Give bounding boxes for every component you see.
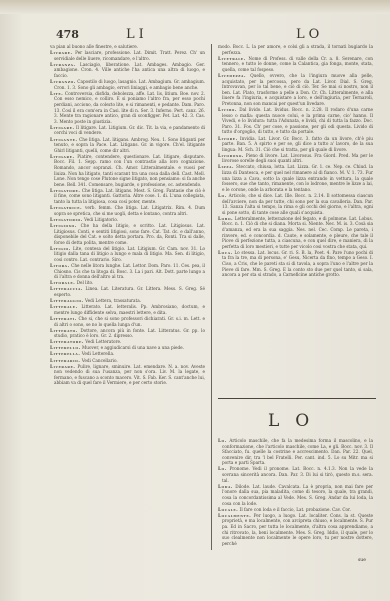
- dictionary-entry: Livore. Invidia. Lat. Livor. Gr. Bocc. 3…: [218, 136, 373, 153]
- entry-definition: Dilode. Lat. laude. Cavalcata. La è prop…: [222, 484, 373, 506]
- entry-definition: Pieno di livore. Lat. Livorosus. Fra Gio…: [222, 153, 373, 164]
- entry-headword: Litigioso.: [50, 223, 77, 228]
- entry-definition: modo. Bocc. L. la per amore, e colsi gli…: [218, 44, 373, 55]
- dictionary-entry: Litigatrice. verb. femm. Che litiga. Lat…: [50, 205, 205, 216]
- dictionary-entry: Livoroso. Pieno di livore. Lat. Livorosu…: [218, 153, 373, 164]
- entry-headword: Litterello.: [50, 345, 81, 350]
- entry-headword: Livoroso.: [218, 153, 244, 158]
- dictionary-entry: Livedezza. Quello, ovvero, che la l'ingi…: [218, 73, 373, 107]
- entry-headword: Livranza.: [50, 62, 76, 67]
- entry-headword: Lite.: [50, 91, 63, 96]
- entry-definition: Muover, e aggiudicarsi di una nave a una…: [82, 345, 184, 350]
- entry-definition: Quello, ovvero, che la l'ingiura muove a…: [222, 73, 373, 106]
- entry-definition: Lo stessa. Lat. locus. Gr. ri. S. B. la,…: [222, 250, 373, 277]
- catchword: sue: [358, 558, 366, 563]
- entry-headword: Litteratore.: [50, 339, 84, 344]
- entry-headword: Litigio.: [50, 246, 71, 251]
- entry-definition: Controversia, disfida, debolezza, affe. …: [54, 91, 205, 124]
- page-number: 478: [56, 28, 79, 41]
- entry-headword: Liverare.: [50, 364, 75, 369]
- entry-definition: Del lito.: [77, 280, 94, 285]
- dictionary-entry: Litigatore. Che litiga. Lat. litigans. M…: [50, 188, 205, 205]
- entry-definition: Il fare con loda e il faccio, Lat. proba…: [240, 507, 351, 512]
- entry-definition: Che ha della litigio, e scritto. Lat. Li…: [54, 223, 205, 245]
- entry-headword: Litigatore.: [50, 188, 80, 193]
- entry-headword: Litterale.: [50, 304, 78, 309]
- dictionary-entry: Litterati. Che si, che si sono professor…: [50, 316, 205, 327]
- dictionary-entry: Lo. Articolo, che si dice. Lat. Ille. Bo…: [218, 193, 373, 215]
- entry-headword: Locale.: [218, 507, 238, 512]
- dictionary-entry: Lo. Pronome. Vedi il pronome. Lat. Bocc.…: [218, 466, 373, 483]
- entry-definition: Che nelle litora lunghe. Lat. Lettor. Do…: [54, 263, 205, 279]
- section-title: LO: [268, 411, 325, 431]
- section-rule: [218, 398, 376, 399]
- dictionary-entry: Litigare. Il litigare. Lat. Litigium. Gr…: [50, 125, 205, 136]
- entry-headword: Litorale.: [50, 280, 75, 285]
- dictionary-entry: Litteraccia. Linea. Lat. Literatura. Gr.…: [50, 286, 205, 297]
- entry-definition: Capostilo di luogo, lasagnio. Lat. Ambag…: [54, 79, 205, 90]
- entry-definition: Steccato, chiusa, lotta. Lat. Lizza. Gr.…: [222, 164, 373, 191]
- entry-definition: Letteralmente, letterazione del fegato, …: [222, 216, 373, 249]
- left-column: va pian al buono alle finestre, e saluti…: [50, 44, 205, 387]
- entry-definition: Vedi Litigatorio.: [84, 217, 118, 222]
- entry-definition: Articolo, che si dice. Lat. Ille. Bocc. …: [222, 193, 373, 215]
- dictionary-entry: Loda. Dilode. Lat. laude. Cavalcata. La …: [218, 484, 373, 506]
- dictionary-entry: Litigante. Che litiga. Lat. litigans. Am…: [50, 137, 205, 154]
- right-column: modo. Bocc. L. la per amore, e colsi gli…: [218, 44, 373, 394]
- dictionary-entry: Livrare. Per lasciare, professione. Lat.…: [50, 50, 205, 61]
- entry-headword: Lo.: [218, 466, 227, 471]
- entry-headword: Litigatorio.: [50, 217, 83, 222]
- dictionary-entry: Loca. Lo stessa. Lat. locus. Gr. ri. S. …: [218, 250, 373, 278]
- entry-headword: Localmente.: [218, 513, 251, 518]
- entry-headword: Litterella.: [50, 351, 80, 356]
- dictionary-entry: modo. Bocc. L. la per amore, e colsi gli…: [218, 44, 373, 55]
- dictionary-page: 478 LI LO va pian al buono alle finestre…: [0, 0, 390, 601]
- entry-headword: Livore.: [218, 136, 238, 141]
- entry-headword: Livedezza.: [218, 73, 246, 78]
- page-top-stain: [0, 0, 390, 14]
- dictionary-entry: Locale. Il fare con loda e il faccio, La…: [218, 507, 373, 513]
- dictionary-entry: Litora. Che nelle litora lunghe. Lat. Le…: [50, 263, 205, 280]
- entry-headword: Litterati.: [50, 316, 77, 321]
- entry-definition: Per lasciare, professione. Lat. Dimit. T…: [54, 50, 205, 61]
- running-head-right: LO: [296, 27, 323, 42]
- dictionary-entry: Lobo. Letteralmente, letterazione del fe…: [218, 216, 373, 250]
- entry-headword: Lo.: [218, 438, 227, 443]
- entry-definition: Che si, che si sono professori dichiarat…: [54, 316, 205, 327]
- entry-definition: Dal livido. Lat. lividus. Bocc. n. 2.28.…: [222, 107, 373, 134]
- entry-definition: Vedi Cancellario.: [82, 358, 118, 363]
- dictionary-entry: Livranza. Lasciagio, liberatione. Lat. A…: [50, 62, 205, 79]
- dictionary-entry: Litigare. Piatire, contendere, questiona…: [50, 154, 205, 188]
- dictionary-entry: Litigio. Lite, contesa del litigio. Lat.…: [50, 246, 205, 263]
- entry-definition: Pronome. Vedi il pronome. Lat. Bocc. n. …: [222, 466, 373, 482]
- entry-definition: Pulire, lignare, sminuire. Lat. emendare…: [54, 364, 205, 386]
- dictionary-entry: Litteratore. Vedi Letteratore.: [50, 339, 205, 345]
- entry-definition: Lite, contesa del litigio. Lat. Litigium…: [54, 246, 205, 262]
- dictionary-entry: Liverare. Pulire, lignare, sminuire. Lat…: [50, 364, 205, 386]
- dictionary-entry: Litigatorio. Vedi Litigatorio.: [50, 217, 205, 223]
- entry-headword: Litora.: [50, 263, 70, 268]
- dictionary-entry: Litorale. Del lito.: [50, 280, 205, 286]
- entry-headword: Livranzo.: [50, 79, 76, 84]
- entry-headword: Livido.: [218, 107, 237, 112]
- dictionary-entry: Livetrale. Nome di Profess. di valle del…: [218, 56, 373, 73]
- entry-headword: Lizza.: [218, 164, 234, 169]
- dictionary-entry: Livranzo. Capostilo di luogo, lasagnio. …: [50, 79, 205, 90]
- dictionary-entry: Litterale. Litterato. Lat. letteralis. P…: [50, 304, 205, 315]
- dictionary-entry: Litigioso. Che ha della litigio, e scrit…: [50, 223, 205, 245]
- entry-headword: Litterato.: [50, 328, 78, 333]
- entry-definition: Vedi Letteratore.: [85, 339, 121, 344]
- dictionary-entry: Localmente. Per luogo, a luogo. Lat. loc…: [218, 513, 373, 547]
- entry-headword: Litterario.: [50, 358, 80, 363]
- entry-definition: va pian al buono alle finestre, e saluti…: [50, 44, 138, 49]
- entry-headword: Loda.: [218, 484, 233, 489]
- entry-definition: Invidia. Lat. Livor. Gr. Bocc. 3. fatto …: [222, 136, 373, 152]
- entry-headword: Lo.: [218, 193, 227, 198]
- entry-definition: Per luogo, a luogo. Lat. localiter. Cons…: [222, 513, 373, 546]
- entry-definition: Vedi Letterella.: [82, 351, 115, 356]
- page-header: 478 LI LO: [0, 28, 390, 44]
- dictionary-entry: va pian al buono alle finestre, e saluti…: [50, 44, 205, 50]
- entry-definition: Vedi Lettera, trassaturata.: [85, 298, 141, 303]
- dictionary-entry: Litterello. Muover, e aggiudicarsi di un…: [50, 345, 205, 351]
- entry-definition: Lasciagio, liberatione. Lat. Ambages. Am…: [54, 62, 205, 78]
- entry-headword: Litigatrice.: [50, 205, 82, 210]
- dictionary-entry: Lite. Controversia, disfida, debolezza, …: [50, 91, 205, 125]
- entry-headword: Loca.: [218, 250, 233, 255]
- dictionary-entry: Litterato. Dottore, ancora più in fonte.…: [50, 328, 205, 339]
- entry-headword: Livetrale.: [218, 56, 246, 61]
- entry-definition: Piatire, contendere, questionare. Lat. l…: [54, 154, 205, 187]
- entry-headword: Lobo.: [218, 216, 233, 221]
- entry-headword: Litigare.: [50, 154, 75, 159]
- entry-headword: Livrare.: [50, 50, 73, 55]
- dictionary-entry: Livido. Dal livido. Lat. lividus. Bocc. …: [218, 107, 373, 135]
- column-divider: [211, 44, 212, 550]
- dictionary-entry: Litteraggio. Vedi Lettera, trassaturata.: [50, 298, 205, 304]
- entry-headword: Litigante.: [50, 137, 78, 142]
- dictionary-entry: Litterella. Vedi Letterella.: [50, 351, 205, 357]
- right-column-section-entries: Lo. Articolo maschile, che fa la medesim…: [218, 438, 373, 560]
- entry-definition: Articolo maschile, che fa la medesima fo…: [222, 438, 373, 465]
- entry-definition: Il litigare. Lat. Litigium. Gr. dic. Tit…: [54, 125, 205, 136]
- dictionary-entry: Lo. Articolo maschile, che fa la medesim…: [218, 438, 373, 466]
- entry-headword: Litteraggio.: [50, 298, 84, 303]
- running-head-left: LI: [126, 27, 148, 42]
- dictionary-entry: Lizza. Steccato, chiusa, lotta. Lat. Liz…: [218, 164, 373, 192]
- entry-headword: Litigare.: [50, 125, 75, 130]
- entry-headword: Litteraccia.: [50, 286, 83, 291]
- dictionary-entry: Litterario. Vedi Cancellario.: [50, 358, 205, 364]
